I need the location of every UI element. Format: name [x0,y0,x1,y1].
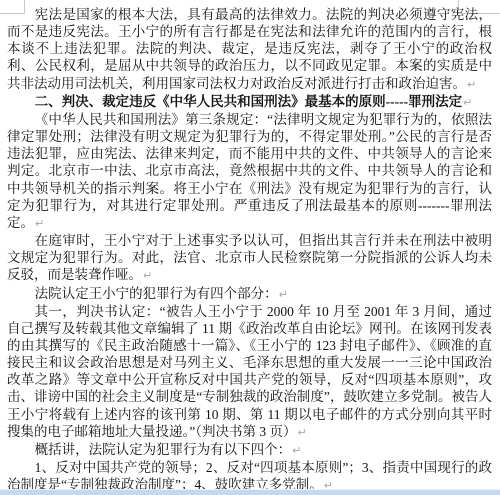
paragraph-mark-icon: ↵ [462,96,472,109]
paragraph-text: 《中华人民共和国刑法》第三条规定：“法律明文规定为犯罪行为的，依照法律定罪处刑；… [7,112,492,230]
paragraph-mark-icon: ↵ [291,444,301,457]
paragraph-text: 法院认定王小宁的犯罪行为有四个部分： [35,286,278,301]
paragraph-verdict-quote[interactable]: 其一，判决书认定：“被告人王小宁于 2000 年 10 月至 2001 年 3 … [7,303,492,441]
paragraph-section-heading[interactable]: 二、判决、裁定违反《中华人民共和国刑法》最基本的原则-----罪刑法定↵ [7,93,492,111]
document-text-area[interactable]: 宪法是国家的根本大法，具有最高的法律效力。法院的判决必须遵守宪法，而不是违反宪法… [7,6,492,494]
paragraph-summary-intro[interactable]: 概括讲，法院认定为犯罪行为有以下四个：↵ [7,441,492,459]
heading-text: 二、判决、裁定违反《中华人民共和国刑法》最基本的原则-----罪刑法定 [35,94,462,109]
paragraph-court-hearing[interactable]: 在庭审时，王小宁对于上述事实予以认可，但指出其言行并未在刑法中被明文规定为犯罪行… [7,232,492,284]
paragraph-text: 概括讲，法院认定为犯罪行为有以下四个： [35,442,292,457]
paragraph-mark-icon: ↵ [278,288,288,301]
paragraph-mark-icon: ↵ [466,78,476,91]
paragraph-text: 在庭审时，王小宁对于上述事实予以认可，但指出其言行并未在刑法中被明文规定为犯罪行… [7,233,492,282]
word-document-page: { "window": { "background_color": "#ffff… [0,0,500,495]
paragraph-mark-icon: ↵ [142,269,152,282]
paragraph-mark-icon: ↵ [34,217,44,230]
paragraph-criminal-law-article3[interactable]: 《中华人民共和国刑法》第三条规定：“法律明文规定为犯罪行为的，依照法律定罪处刑；… [7,111,492,232]
paragraph-mark-icon: ↵ [297,426,307,439]
paragraph-text: 宪法是国家的根本大法，具有最高的法律效力。法院的判决必须遵守宪法，而不是违反宪法… [7,7,492,91]
paragraph-text: 1、反对中国共产党的领导；2、反对“四项基本原则”；3、指责中国现行的政治制度是… [7,460,492,492]
paragraph-four-parts-intro[interactable]: 法院认定王小宁的犯罪行为有四个部分：↵ [7,285,492,303]
paragraph-text: 其一，判决书认定：“被告人王小宁于 2000 年 10 月至 2001 年 3 … [7,304,492,439]
bottom-scrollbar-strip[interactable] [0,489,500,495]
paragraph-constitution-argument[interactable]: 宪法是国家的根本大法，具有最高的法律效力。法院的判决必须遵守宪法，而不是违反宪法… [7,6,492,93]
